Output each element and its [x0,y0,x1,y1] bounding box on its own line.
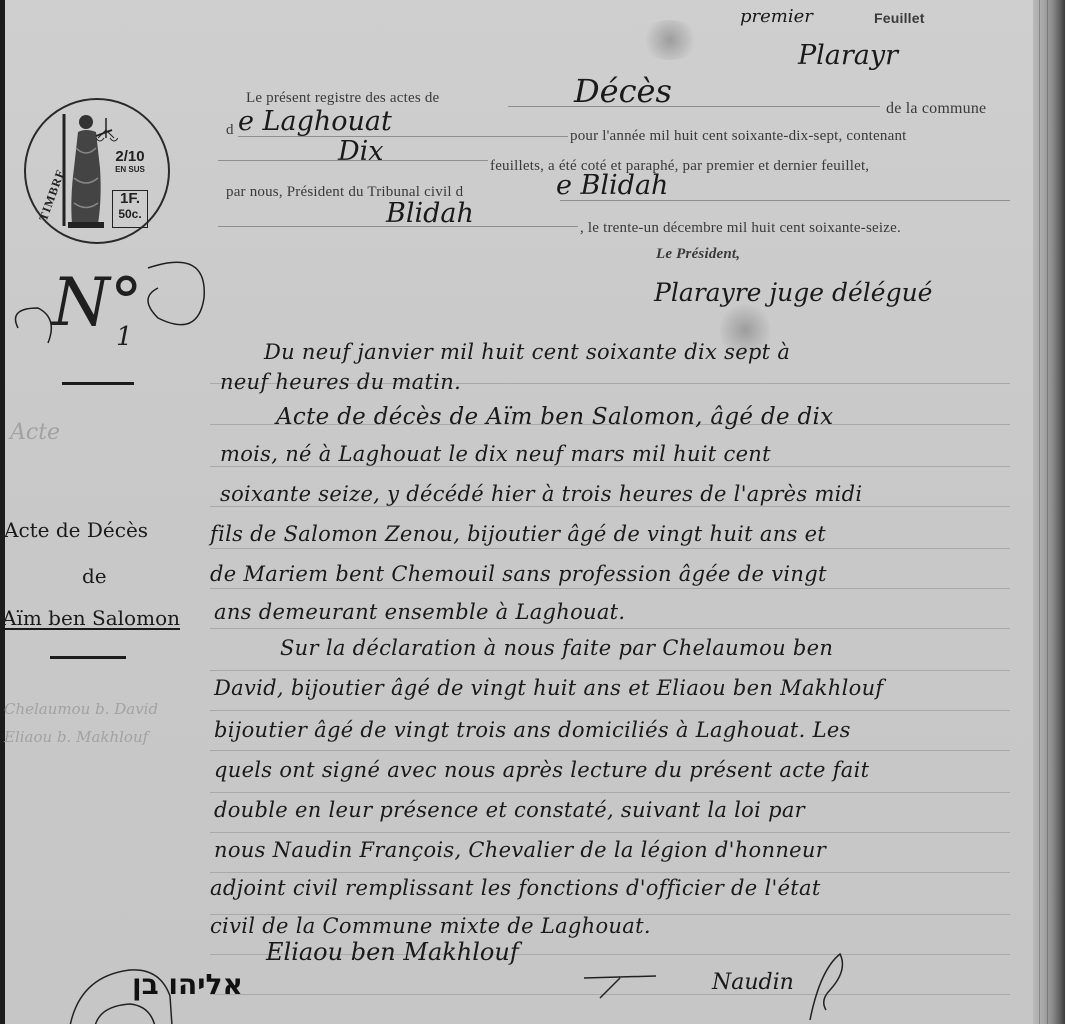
body-line: Acte de décès de Aïm ben Salomon, âgé de… [276,404,833,430]
sheet-ordinal: premier [740,6,813,27]
ruled-line [210,710,1010,711]
act-number-value: 1 [116,322,133,352]
body-line: bijoutier âgé de vingt trois ans domicil… [214,718,851,742]
body-line: double en leur présence et constaté, sui… [214,798,805,822]
president-signature: Plarayre juge délégué [654,278,932,307]
stamp-rate-fraction: 2/10 [112,148,148,165]
ruled-line [210,466,1010,467]
margin-title-line2: de [82,564,107,588]
stamp-rate: 2/10 EN SUS [112,148,148,174]
formula-line5-suffix: , le trente-un décembre mil huit cent so… [580,220,901,237]
margin-faint-names-2: Eliaou b. Makhlouf [4,728,148,746]
formula-line2-suffix: pour l'année mil huit cent soixante-dix-… [570,128,907,145]
ruled-line [210,548,1010,549]
body-line: nous Naudin François, Chevalier de la lé… [214,838,826,862]
body-line: quels ont signé avec nous après lecture … [214,758,869,782]
body-line: fils de Salomon Zenou, bijoutier âgé de … [210,522,826,546]
margin-faint-note: Acte [10,420,60,445]
book-binding [1033,0,1065,1024]
officer-paraph-icon [800,950,850,1024]
body-line: ans demeurant ensemble à Laghouat. [214,600,625,624]
paper-stain [640,20,700,60]
signature-stroke-icon [580,960,660,1000]
stamp-price-francs: 1F. [113,191,147,207]
stamp-price-cents: 50c. [113,207,147,221]
stamp-rate-note: EN SUS [112,165,148,174]
margin-deceased-name: Aïm ben Salomon [2,606,180,630]
ruled-line [210,628,1010,629]
ruled-line [210,792,1010,793]
body-line: soixante seize, y décédé hier à trois he… [220,482,862,506]
margin-rule [50,656,126,659]
body-line: de Mariem bent Chemouil sans profession … [210,562,827,586]
ruled-line [210,872,1010,873]
president-label: Le Président, [656,246,740,263]
formula-line1-prefix: Le présent registre des actes de [246,90,439,107]
fill-line [508,106,880,107]
ruled-line [210,506,1010,507]
formula-tribunal: e Blidah [556,170,668,201]
body-line: David, bijoutier âgé de vingt huit ans e… [214,676,883,700]
formula-commune: e Laghouat [238,106,392,137]
register-page: premier Feuillet Plarayr TIMBRE 2/10 EN … [0,0,1040,1024]
ruled-line [210,832,1010,833]
formula-sheet-count: Dix [338,136,384,167]
body-line: Du neuf janvier mil huit cent soixante d… [264,340,790,364]
formula-line1-suffix: de la commune [886,100,986,118]
ruled-line [210,588,1010,589]
officer-signature: Naudin [712,970,794,995]
sheet-paraph: Plarayr [798,40,898,71]
formula-place: Blidah [386,198,474,229]
body-line: adjoint civil remplissant les fonctions … [210,876,821,900]
sheet-label: Feuillet [874,10,925,26]
witness-hebrew-signature: אליהו בן [132,968,243,1001]
tax-stamp: TIMBRE 2/10 EN SUS 1F. 50c. [24,98,170,244]
formula-line3-suffix: feuillets, a été coté et paraphé, par pr… [490,158,869,175]
formula-act-type: Décès [574,72,672,110]
witness-signature: Eliaou ben Makhlouf [266,938,519,966]
ruled-line [210,670,1010,671]
body-line: neuf heures du matin. [220,370,461,394]
stamp-price: 1F. 50c. [112,190,148,228]
page-edge [0,0,5,1024]
ruled-line [210,750,1010,751]
margin-rule [62,382,134,385]
margin-title-line1: Acte de Décès [4,518,148,542]
margin-faint-names-1: Chelaumou b. David [4,700,158,718]
body-line: Sur la déclaration à nous faite par Chel… [280,636,833,660]
body-line: mois, né à Laghouat le dix neuf mars mil… [220,442,771,466]
body-line: civil de la Commune mixte de Laghouat. [210,914,651,938]
justice-figure-icon [56,108,118,230]
formula-line2-prefix: d [226,122,234,139]
